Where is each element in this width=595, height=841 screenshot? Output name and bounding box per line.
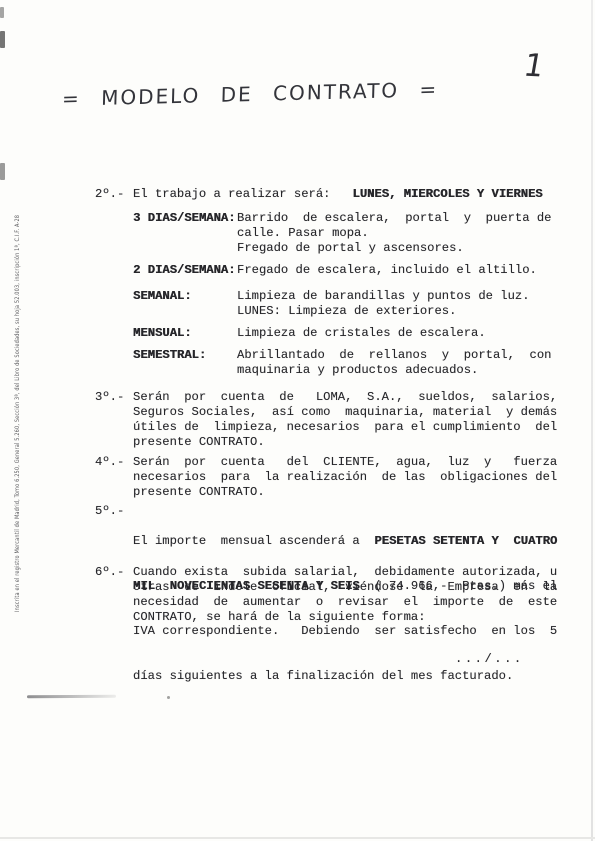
clause-6-number: 6º.- — [95, 565, 124, 580]
clause-2-intro-days: LUNES, MIERCOLES Y VIERNES — [352, 187, 542, 201]
scan-artifact-mark — [0, 7, 4, 18]
clause-5-line-1: El importe mensual ascenderá a PESETAS S… — [133, 534, 557, 549]
schedule-label: 2 DIAS/SEMANA: — [133, 263, 235, 278]
scan-artifact-mark — [0, 31, 5, 48]
clause-6-text: Cuando exista subida salarial, debidamen… — [133, 565, 557, 625]
clause-5-line-3: IVA correspondiente. Debiendo ser satisf… — [133, 624, 557, 639]
scan-bottom-edge — [0, 837, 595, 839]
clause-2-intro: El trabajo a realizar será: LUNES, MIERC… — [133, 187, 543, 202]
clause-5-line-4: días siguientes a la finalización del me… — [133, 669, 557, 684]
clause-4-text: Serán por cuenta del CLIENTE, agua, luz … — [133, 455, 557, 500]
pencil-smudge — [27, 695, 116, 699]
clause-6: 6º.- Cuando exista subida salarial, debi… — [0, 565, 595, 625]
clause-4-number: 4º.- — [95, 455, 124, 470]
clause-2-intro-text: El trabajo a realizar será: — [133, 187, 352, 201]
clause-5-l1-normal: El importe mensual ascenderá a — [133, 534, 374, 548]
schedule-desc: Fregado de escalera, incluido el altillo… — [237, 263, 537, 278]
schedule-label: MENSUAL: — [133, 326, 192, 341]
clause-3-number: 3º.- — [95, 390, 124, 405]
handwritten-page-number: 1 — [521, 48, 547, 85]
clause-5-l1-bold: PESETAS SETENTA Y CUATRO — [374, 534, 557, 548]
schedule-row-3-dias: 3 DIAS/SEMANA: Barrido de escalera, port… — [0, 211, 595, 271]
clause-3-text: Serán por cuenta de LOMA, S.A., sueldos,… — [133, 390, 557, 450]
scanned-contract-page: Inscrita en el registro Mercantil de Mad… — [0, 0, 595, 841]
scan-artifact-mark — [0, 163, 5, 180]
schedule-label: SEMESTRAL: — [133, 348, 206, 363]
schedule-desc: Barrido de escalera, portal y puerta de … — [237, 211, 552, 256]
clause-5: 5º.- El importe mensual ascenderá a PESE… — [0, 504, 595, 564]
schedule-label: 3 DIAS/SEMANA: — [133, 211, 235, 226]
schedule-desc: Limpieza de cristales de escalera. — [237, 326, 486, 341]
clause-5-number: 5º.- — [95, 504, 124, 519]
continuation-mark: .../... — [455, 652, 524, 666]
clause-2-number: 2º.- — [95, 187, 124, 202]
schedule-desc: Limpieza de barandillas y puntos de luz.… — [237, 289, 530, 319]
schedule-desc: Abrillantado de rellanos y portal, con m… — [237, 348, 552, 378]
clause-3: 3º.- Serán por cuenta de LOMA, S.A., sue… — [0, 390, 595, 450]
document-title: = MODELO DE CONTRATO = — [62, 77, 439, 111]
schedule-label: SEMANAL: — [133, 289, 192, 304]
